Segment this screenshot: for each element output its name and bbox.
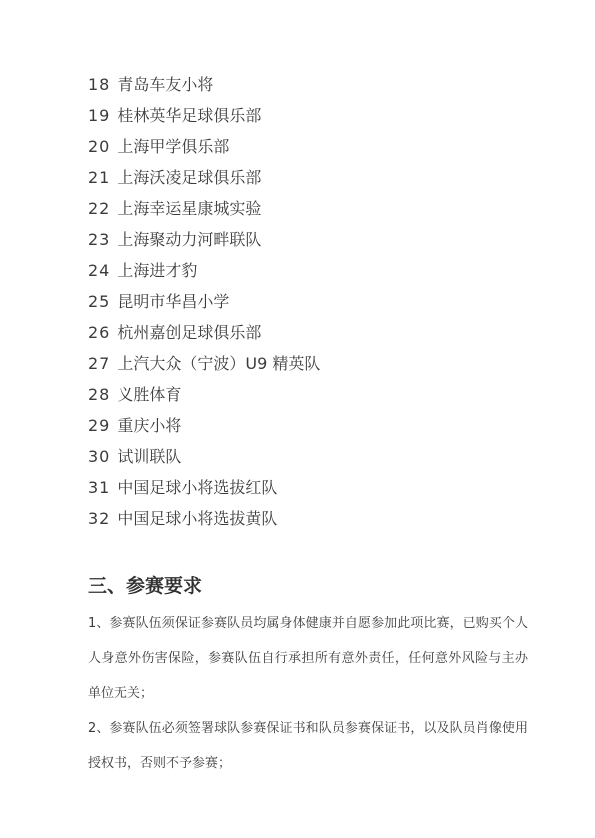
- list-item: 25昆明市华昌小学: [88, 286, 528, 317]
- team-number: 27: [88, 348, 110, 379]
- team-number: 28: [88, 379, 110, 410]
- team-number: 32: [88, 503, 110, 534]
- list-item: 24上海进才豹: [88, 255, 528, 286]
- team-name: 上海进才豹: [117, 255, 197, 286]
- list-item: 23上海聚动力河畔联队: [88, 224, 528, 255]
- team-number: 22: [88, 193, 110, 224]
- team-name: 中国足球小将选拔红队: [117, 472, 277, 503]
- team-number: 24: [88, 255, 110, 286]
- list-item: 21上海沃凌足球俱乐部: [88, 162, 528, 193]
- team-name: 上海幸运星康城实验: [117, 193, 261, 224]
- team-name: 桂林英华足球俱乐部: [117, 100, 261, 131]
- list-item: 20上海甲学俱乐部: [88, 131, 528, 162]
- requirement-paragraph-1: 1、参赛队伍须保证参赛队员均属身体健康并自愿参加此项比赛，已购买个人人身意外伤害…: [88, 606, 528, 711]
- team-name: 上海聚动力河畔联队: [117, 224, 261, 255]
- team-number: 23: [88, 224, 110, 255]
- document-page: 18青岛车友小将19桂林英华足球俱乐部20上海甲学俱乐部21上海沃凌足球俱乐部2…: [0, 0, 595, 838]
- list-item: 26杭州嘉创足球俱乐部: [88, 317, 528, 348]
- team-list: 18青岛车友小将19桂林英华足球俱乐部20上海甲学俱乐部21上海沃凌足球俱乐部2…: [88, 69, 528, 534]
- list-item: 22上海幸运星康城实验: [88, 193, 528, 224]
- team-number: 21: [88, 162, 110, 193]
- list-item: 29重庆小将: [88, 410, 528, 441]
- team-name: 上汽大众（宁波）U9 精英队: [117, 348, 320, 379]
- team-name: 昆明市华昌小学: [117, 286, 229, 317]
- team-number: 18: [88, 69, 110, 100]
- team-number: 31: [88, 472, 110, 503]
- team-name: 上海沃凌足球俱乐部: [117, 162, 261, 193]
- team-number: 19: [88, 100, 110, 131]
- team-name: 青岛车友小将: [117, 69, 213, 100]
- team-number: 26: [88, 317, 110, 348]
- team-number: 20: [88, 131, 110, 162]
- list-item: 28义胜体育: [88, 379, 528, 410]
- list-item: 18青岛车友小将: [88, 69, 528, 100]
- list-item: 31中国足球小将选拔红队: [88, 472, 528, 503]
- list-item: 27上汽大众（宁波）U9 精英队: [88, 348, 528, 379]
- team-name: 试训联队: [117, 441, 181, 472]
- list-item: 19桂林英华足球俱乐部: [88, 100, 528, 131]
- team-name: 杭州嘉创足球俱乐部: [117, 317, 261, 348]
- list-item: 32中国足球小将选拔黄队: [88, 503, 528, 534]
- team-name: 上海甲学俱乐部: [117, 131, 229, 162]
- team-name: 义胜体育: [117, 379, 181, 410]
- team-number: 30: [88, 441, 110, 472]
- team-name: 重庆小将: [117, 410, 181, 441]
- team-number: 25: [88, 286, 110, 317]
- team-name: 中国足球小将选拔黄队: [117, 503, 277, 534]
- team-number: 29: [88, 410, 110, 441]
- section-heading: 三、参赛要求: [88, 574, 528, 598]
- requirement-paragraph-2: 2、参赛队伍必须签署球队参赛保证书和队员参赛保证书，以及队员肖像使用授权书，否则…: [88, 711, 528, 781]
- list-item: 30试训联队: [88, 441, 528, 472]
